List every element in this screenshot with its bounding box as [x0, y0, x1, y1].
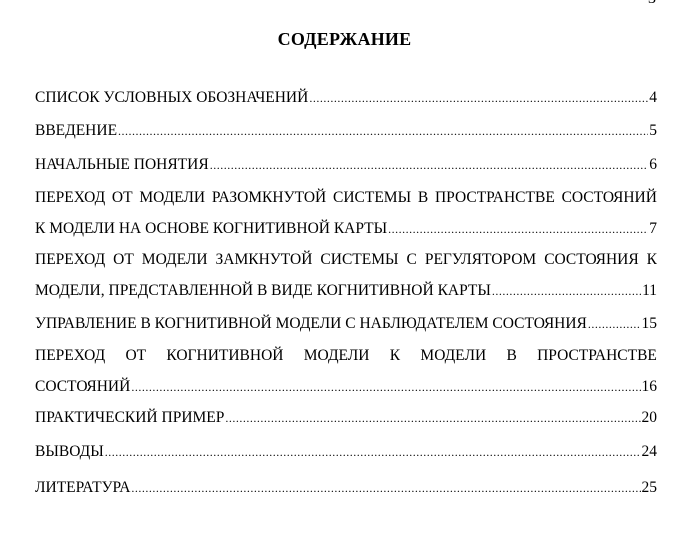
toc-entry-page: 15 — [642, 310, 658, 338]
toc-entry-title: К МОДЕЛИ НА ОСНОВЕ КОГНИТИВНОЙ КАРТЫ — [35, 215, 387, 243]
toc-entry-page: 4 — [649, 84, 657, 112]
toc-word: ПЕРЕХОД — [35, 184, 105, 212]
toc-entry-title: ВВЕДЕНИЕ — [35, 117, 117, 145]
page-title: СОДЕРЖАНИЕ — [0, 28, 689, 50]
toc-word: ОТ — [112, 184, 133, 212]
toc-entry-title: ВЫВОДЫ — [35, 438, 104, 466]
toc-word: МОДЕЛИ — [139, 184, 205, 212]
toc-word: МОДЕЛИ — [420, 342, 486, 370]
dot-leader — [388, 215, 648, 243]
toc-word: КОГНИТИВНОЙ — [166, 342, 283, 370]
toc-word: СИСТЕМЫ — [320, 246, 398, 274]
toc-word: РЕГУЛЯТОРОМ — [425, 246, 536, 274]
toc-entry-title: ПЕРЕХОДОТМОДЕЛИРАЗОМКНУТОЙСИСТЕМЫВПРОСТР… — [35, 184, 657, 212]
dot-leader — [309, 84, 648, 112]
toc-word: ПРОСТРАНСТВЕ — [435, 184, 555, 212]
toc-entry-title: НАЧАЛЬНЫЕ ПОНЯТИЯ — [35, 151, 209, 179]
dot-leader — [210, 151, 649, 179]
toc-word: ПРОСТРАНСТВЕ — [537, 342, 657, 370]
toc-entry-title: МОДЕЛИ, ПРЕДСТАВЛЕННОЙ В ВИДЕ КОГНИТИВНО… — [35, 277, 491, 305]
toc-word: МОДЕЛИ — [142, 246, 208, 274]
toc-entry-title: ПЕРЕХОДОТКОГНИТИВНОЙМОДЕЛИКМОДЕЛИВПРОСТР… — [35, 342, 657, 370]
dot-leader — [588, 310, 641, 338]
toc-word: С — [407, 246, 417, 274]
dot-leader — [492, 277, 641, 305]
toc-word: ПЕРЕХОД — [35, 342, 105, 370]
toc-word: РАЗОМКНУТОЙ — [212, 184, 326, 212]
toc-word: В — [418, 184, 428, 212]
toc-entry-title: СОСТОЯНИЙ — [35, 373, 130, 401]
dot-leader — [118, 117, 648, 145]
toc-entry-page: 24 — [642, 438, 658, 466]
toc-entry-title: СПИСОК УСЛОВНЫХ ОБОЗНАЧЕНИЙ — [35, 84, 308, 112]
toc-entry-title: ПЕРЕХОДОТМОДЕЛИЗАМКНУТОЙСИСТЕМЫСРЕГУЛЯТО… — [35, 246, 657, 274]
toc-word: МОДЕЛИ — [304, 342, 370, 370]
page-number: 3 — [648, 0, 656, 7]
toc-entry-page: 5 — [649, 117, 657, 145]
dot-leader — [131, 474, 640, 502]
toc-entry-page: 7 — [649, 215, 657, 243]
dot-leader — [225, 404, 640, 432]
toc-word: СОСТОЯНИЯ — [544, 246, 638, 274]
toc-word: К — [647, 246, 657, 274]
toc-word: ЗАМКНУТОЙ — [216, 246, 313, 274]
toc-entry-page: 11 — [642, 277, 657, 305]
toc-entry-title: ПРАКТИЧЕСКИЙ ПРИМЕР — [35, 404, 224, 432]
toc-word: ПЕРЕХОД — [35, 246, 105, 274]
toc-entry-page: 20 — [642, 404, 658, 432]
toc-word: СИСТЕМЫ — [333, 184, 411, 212]
dot-leader — [105, 438, 641, 466]
toc-entry-page: 25 — [642, 474, 658, 502]
toc-word: СОСТОЯНИЙ — [562, 184, 657, 212]
toc-entry-page: 6 — [649, 151, 657, 179]
toc-word: В — [506, 342, 516, 370]
toc-entry-title: УПРАВЛЕНИЕ В КОГНИТИВНОЙ МОДЕЛИ С НАБЛЮД… — [35, 310, 587, 338]
toc-word: ОТ — [125, 342, 146, 370]
toc-entry-page: 16 — [642, 373, 658, 401]
dot-leader — [131, 373, 640, 401]
toc-word: ОТ — [113, 246, 134, 274]
toc-entry-title: ЛИТЕРАТУРА — [35, 474, 130, 502]
toc-word: К — [390, 342, 400, 370]
